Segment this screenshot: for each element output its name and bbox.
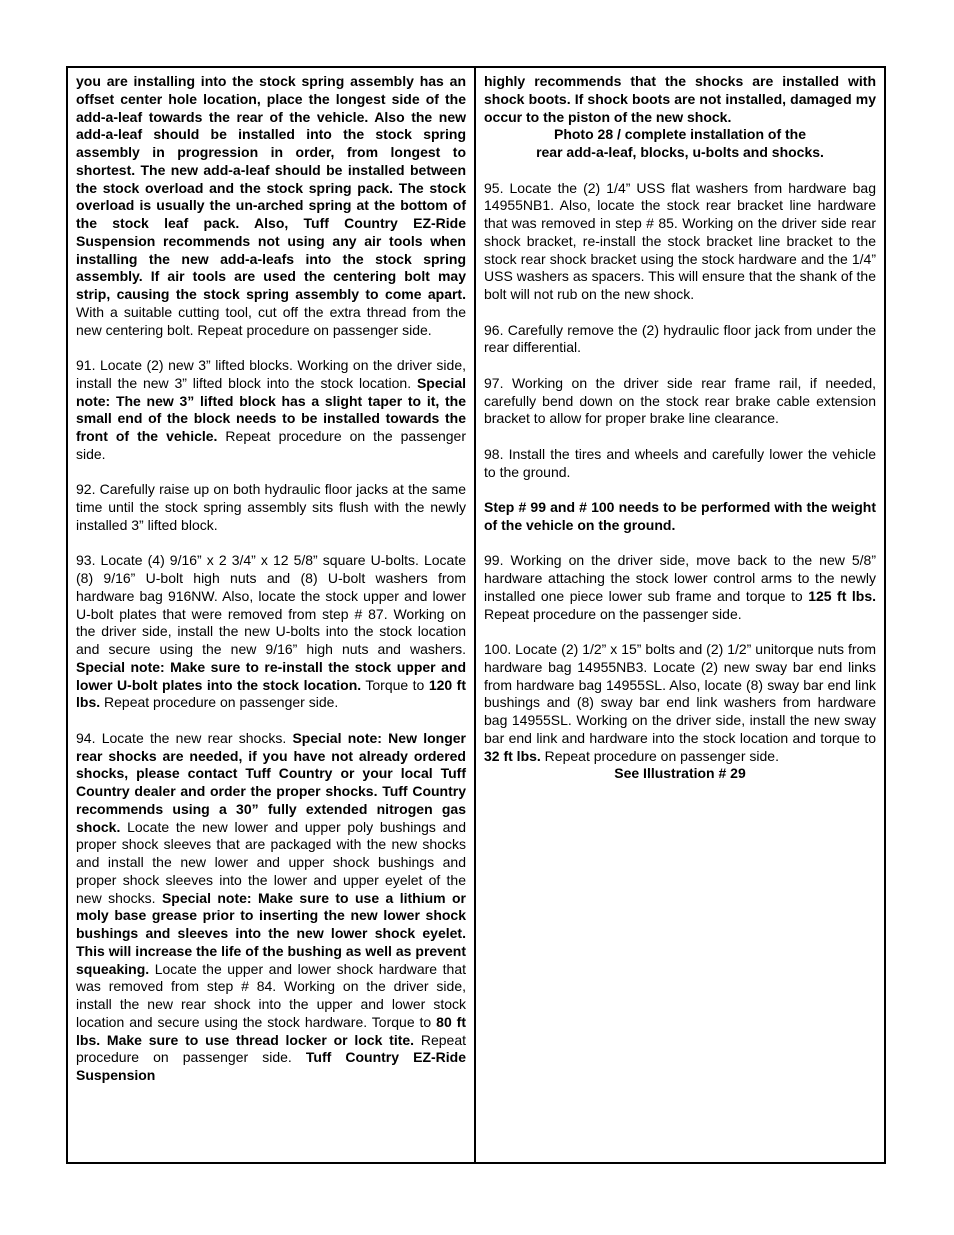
step-95-paragraph: 95. Locate the (2) 1/4” USS flat washers…	[484, 180, 876, 304]
text-run: 97. Working on the driver side rear fram…	[484, 375, 876, 427]
text-run: 100. Locate (2) 1/2” x 15” bolts and (2)…	[484, 641, 876, 746]
see-illustration-29-line: See Illustration # 29	[484, 765, 876, 783]
bold-text-run: you are installing into the stock spring…	[76, 73, 466, 302]
step-99-paragraph: 99. Working on the driver side, move bac…	[484, 552, 876, 623]
step-97-paragraph: 97. Working on the driver side rear fram…	[484, 375, 876, 428]
step-100-paragraph: 100. Locate (2) 1/2” x 15” bolts and (2)…	[484, 641, 876, 765]
step-92-paragraph: 92. Carefully raise up on both hydraulic…	[76, 481, 466, 534]
text-run: 94. Locate the new rear shocks.	[76, 730, 292, 746]
photo-28-caption-line-2: rear add-a-leaf, blocks, u-bolts and sho…	[484, 144, 876, 162]
text-run: 98. Install the tires and wheels and car…	[484, 446, 876, 480]
text-run: 93. Locate (4) 9/16” x 2 3/4” x 12 5/8” …	[76, 552, 466, 657]
text-run: Torque to	[361, 677, 429, 693]
bold-text-run: 32 ft lbs.	[484, 748, 541, 764]
bold-text-run: rear add-a-leaf, blocks, u-bolts and sho…	[536, 144, 824, 160]
steps-99-100-ground-note-paragraph: Step # 99 and # 100 needs to be performe…	[484, 499, 876, 535]
add-a-leaf-note-paragraph: you are installing into the stock spring…	[76, 73, 466, 339]
left-column: you are installing into the stock spring…	[66, 66, 476, 1164]
bold-text-run: 125 ft lbs.	[808, 588, 876, 604]
text-run: With a suitable cutting tool, cut off th…	[76, 304, 466, 338]
step-98-paragraph: 98. Install the tires and wheels and car…	[484, 446, 876, 482]
step-94-paragraph: 94. Locate the new rear shocks. Special …	[76, 730, 466, 1085]
text-run: 95. Locate the (2) 1/4” USS flat washers…	[484, 180, 876, 303]
text-run: 91. Locate (2) new 3” lifted blocks. Wor…	[76, 357, 466, 391]
text-run: 92. Carefully raise up on both hydraulic…	[76, 481, 466, 533]
right-column: highly recommends that the shocks are in…	[476, 66, 886, 1164]
instruction-sheet: you are installing into the stock spring…	[66, 66, 886, 1164]
step-96-paragraph: 96. Carefully remove the (2) hydraulic f…	[484, 322, 876, 358]
text-run: Repeat procedure on passenger side.	[100, 694, 338, 710]
text-run: Repeat procedure on passenger side.	[541, 748, 779, 764]
bold-text-run: Photo 28 / complete installation of the	[554, 126, 806, 142]
step-93-paragraph: 93. Locate (4) 9/16” x 2 3/4” x 12 5/8” …	[76, 552, 466, 712]
step-91-paragraph: 91. Locate (2) new 3” lifted blocks. Wor…	[76, 357, 466, 464]
text-run: 96. Carefully remove the (2) hydraulic f…	[484, 322, 876, 356]
bold-text-run: highly recommends that the shocks are in…	[484, 73, 876, 125]
bold-text-run: Step # 99 and # 100 needs to be performe…	[484, 499, 876, 533]
text-run: Repeat procedure on the passenger side.	[484, 606, 742, 622]
photo-28-caption-line-1: Photo 28 / complete installation of the	[484, 126, 876, 144]
shock-boots-note-paragraph: highly recommends that the shocks are in…	[484, 73, 876, 126]
bold-text-run: See Illustration # 29	[614, 765, 746, 781]
